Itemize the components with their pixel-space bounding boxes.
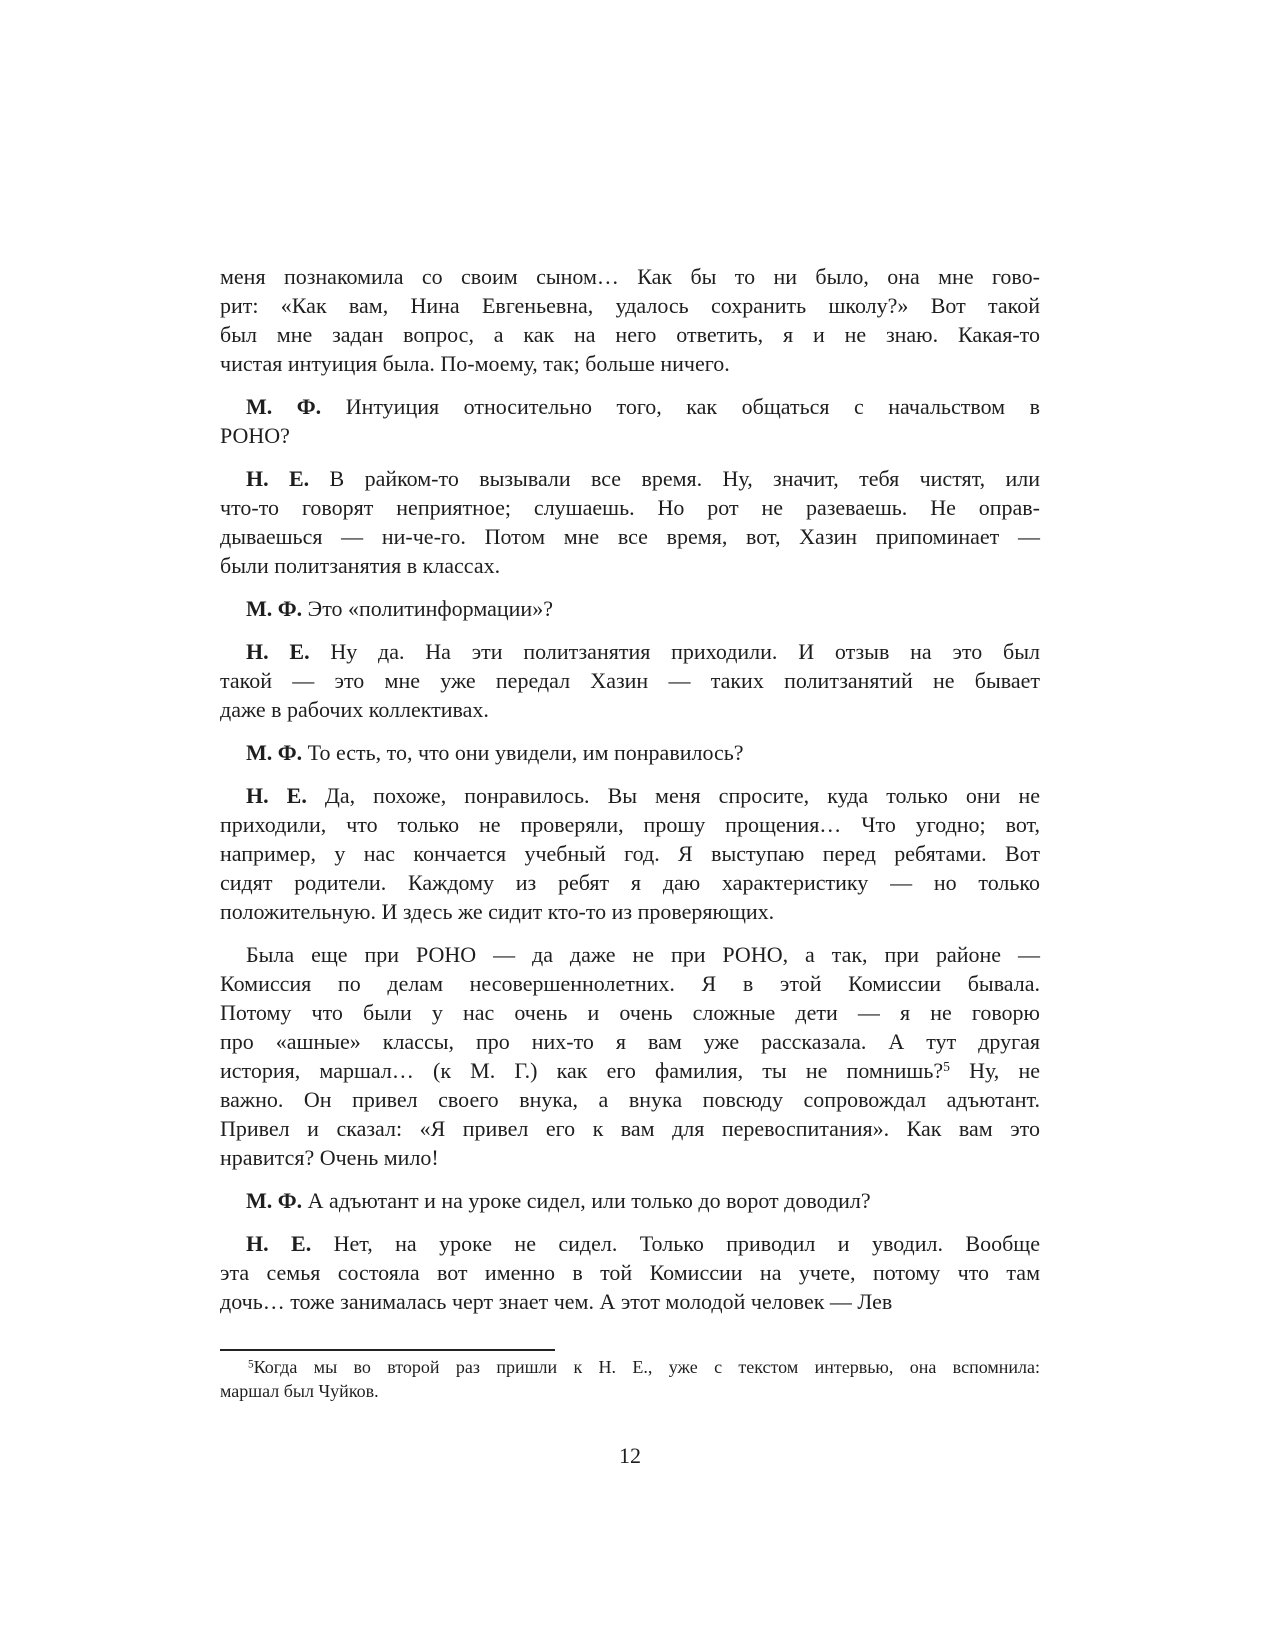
text-line: Комиссия по делам несовершеннолетних. Я … [220,969,1040,998]
speaker-label: Н. Е. [246,639,310,664]
text-line: Потому что были у нас очень и очень слож… [220,998,1040,1027]
text-line: М. Ф. Это «политинформации»? [220,594,1040,623]
speaker-label: М. Ф. [246,740,302,765]
text-line: положительную. И здесь же сидит кто-то и… [220,897,1040,926]
paragraph: М. Ф. Интуиция относительно того, как об… [220,392,1040,450]
footnote-block: 5Когда мы во второй раз пришли к Н. Е., … [220,1356,1040,1403]
text-line: важно. Он привел своего внука, а внука п… [220,1085,1040,1114]
text-line: М. Ф. Интуиция относительно того, как об… [220,392,1040,421]
text-line: сидят родители. Каждому из ребят я даю х… [220,868,1040,897]
main-text-block: меня познакомила со своим сыном… Как бы … [220,262,1040,1316]
paragraph: Н. Е. В райком-то вызывали все время. Ну… [220,464,1040,580]
speaker-label: М. Ф. [246,394,321,419]
text-line: чистая интуиция была. По-моему, так; бол… [220,349,1040,378]
speaker-label: М. Ф. [246,1188,302,1213]
paragraph: М. Ф. То есть, то, что они увидели, им п… [220,738,1040,767]
text-line: Н. Е. В райком-то вызывали все время. Ну… [220,464,1040,493]
footnote-line: маршал был Чуйков. [220,1380,1040,1404]
text-line: Привел и сказал: «Я привел его к вам для… [220,1114,1040,1143]
document-page: меня познакомила со своим сыном… Как бы … [0,0,1275,1650]
text-line: Н. Е. Ну да. На эти политзанятия приходи… [220,637,1040,666]
text-line: дываешься — ни-че-го. Потом мне все врем… [220,522,1040,551]
text-line: рит: «Как вам, Нина Евгеньевна, удалось … [220,291,1040,320]
paragraph: меня познакомила со своим сыном… Как бы … [220,262,1040,378]
paragraph: Н. Е. Да, похоже, понравилось. Вы меня с… [220,781,1040,926]
text-line: даже в рабочих коллективах. [220,695,1040,724]
text-line: нравится? Очень мило! [220,1143,1040,1172]
speaker-label: Н. Е. [246,783,307,808]
text-line: приходили, что только не проверяли, прош… [220,810,1040,839]
text-line: Н. Е. Нет, на уроке не сидел. Только при… [220,1229,1040,1258]
paragraph: Н. Е. Ну да. На эти политзанятия приходи… [220,637,1040,724]
footnote-marker: 5 [943,1059,950,1074]
footnote-rule [220,1349,555,1351]
text-line: Н. Е. Да, похоже, понравилось. Вы меня с… [220,781,1040,810]
paragraph: Н. Е. Нет, на уроке не сидел. Только при… [220,1229,1040,1316]
text-line: эта семья состояла вот именно в той Коми… [220,1258,1040,1287]
paragraph: М. Ф. Это «политинформации»? [220,594,1040,623]
text-line: М. Ф. А адъютант и на уроке сидел, или т… [220,1186,1040,1215]
text-line: был мне задан вопрос, а как на него отве… [220,320,1040,349]
paragraph: Была еще при РОНО — да даже не при РОНО,… [220,940,1040,1172]
text-line: история, маршал… (к М. Г.) как его фамил… [220,1056,1040,1085]
text-line: например, у нас кончается учебный год. Я… [220,839,1040,868]
speaker-label: Н. Е. [246,1231,311,1256]
page-number: 12 [220,1441,1040,1470]
speaker-label: Н. Е. [246,466,309,491]
footnote-line: 5Когда мы во второй раз пришли к Н. Е., … [220,1356,1040,1380]
text-line: про «ашные» классы, про них-то я вам уже… [220,1027,1040,1056]
text-line: М. Ф. То есть, то, что они увидели, им п… [220,738,1040,767]
text-line: меня познакомила со своим сыном… Как бы … [220,262,1040,291]
footnote-marker: 5 [248,1358,254,1370]
text-line: Была еще при РОНО — да даже не при РОНО,… [220,940,1040,969]
text-line: были политзанятия в классах. [220,551,1040,580]
text-line: дочь… тоже занималась черт знает чем. А … [220,1287,1040,1316]
text-line: РОНО? [220,421,1040,450]
speaker-label: М. Ф. [246,596,302,621]
text-line: такой — это мне уже передал Хазин — таки… [220,666,1040,695]
text-line: что-то говорят неприятное; слушаешь. Но … [220,493,1040,522]
paragraph: М. Ф. А адъютант и на уроке сидел, или т… [220,1186,1040,1215]
